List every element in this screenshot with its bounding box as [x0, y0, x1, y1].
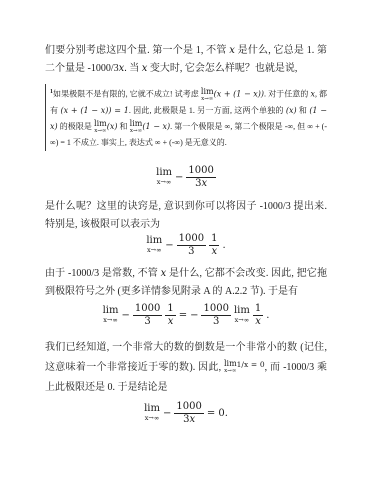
lim-label: lim [94, 120, 107, 128]
math-expression: (x + (1 − x)) = 1 [60, 106, 128, 115]
paragraph-1-text: . 当 [124, 63, 142, 74]
limit-operator: limx→∞ [146, 236, 162, 254]
numerator: 1 [209, 233, 219, 246]
display-formula-1: limx→∞ − 10003x [45, 161, 327, 193]
footnote-text: 和 [117, 122, 129, 131]
denominator: x [209, 246, 219, 258]
limit-operator: limx→∞ [234, 306, 250, 324]
numerator: 1000 [201, 303, 230, 316]
paragraph-1-text: 变大时, 它会怎么样呢？也就是说, [147, 63, 297, 74]
limit-operator: limx→∞ [201, 88, 214, 103]
denominator: 3x [174, 414, 203, 426]
fraction: 1x [165, 303, 175, 328]
fraction: 10003 [177, 233, 206, 258]
period: . [266, 310, 269, 321]
denominator: 3 [133, 316, 162, 328]
lim-label: lim [103, 306, 119, 316]
lim-label: lim [144, 404, 160, 414]
lim-subscript: x→∞ [103, 317, 118, 324]
lim-label: lim [130, 120, 143, 128]
display-formula-3: limx→∞ − 10003 1x = − 10003 limx→∞ 1x . [45, 299, 327, 331]
numerator: 1000 [186, 165, 215, 178]
denominator-variable: x [189, 414, 195, 425]
denominator: x [253, 316, 263, 328]
denominator-variable: x [202, 178, 208, 189]
minus-sign: − [121, 310, 129, 321]
display-formula-4: limx→∞ − 10003x = 0. [45, 397, 327, 429]
lim-subscript: x→∞ [235, 317, 250, 324]
lim-subscript: x→∞ [94, 129, 106, 135]
lim-label: lim [201, 88, 214, 96]
numerator: 1 [253, 303, 263, 316]
equals-zero: = 0. [207, 408, 228, 419]
paragraph-1: 们要分别考虑这四个量. 第一个是 1, 不管 x 是什么, 它总是 1. 第二个… [45, 42, 327, 78]
minus-sign: − [190, 310, 198, 321]
equals-sign: = [179, 310, 187, 321]
fraction: 10003 [201, 303, 230, 328]
footnote-text: 和 [297, 106, 310, 115]
paragraph-3: 由于 -1000/3 是常数, 不管 x 是什么, 它都不会改变. 因此, 把它… [45, 265, 327, 301]
book-page: 们要分别考虑这四个量. 第一个是 1, 不管 x 是什么, 它总是 1. 第二个… [0, 0, 370, 480]
numerator: 1000 [174, 401, 203, 414]
lim-label: lim [156, 168, 172, 178]
fraction: 1x [209, 233, 219, 258]
math-expression: (x + (1 − x)) [214, 90, 264, 99]
footnote-text: . 对于任意的 [264, 90, 310, 99]
denominator: 3x [186, 178, 215, 190]
period: . [222, 240, 225, 251]
footnote-text: . 因此, 此极限是 1. 另一方面, 这两个单独的 [129, 106, 286, 115]
numerator: 1 [165, 303, 175, 316]
denominator: 3 [201, 316, 230, 328]
footnote-text: 如果极限不是有限的, 它就不成立! 试考虑 [53, 90, 201, 99]
limit-operator: limx→∞ [130, 120, 143, 135]
denominator: 3 [177, 246, 206, 258]
paragraph-4: 我们已经知道, 一个非常大的数的倒数是一个非常小的数 (记住, 这意味着一个非常… [45, 338, 327, 398]
paragraph-2-text: 是什么呢？这里的诀窍是, 意识到你可以将因子 -1000/3 提出来. 特别是,… [45, 201, 327, 230]
fraction: 1x [253, 303, 263, 328]
minus-sign: − [165, 240, 173, 251]
footnote: 1如果极限不是有限的, 它就不成立! 试考虑 limx→∞(x + (1 − x… [45, 84, 327, 151]
lim-subscript: x→∞ [130, 129, 142, 135]
minus-sign: − [175, 172, 183, 183]
lim-label: lim [146, 236, 162, 246]
paragraph-3-text: 由于 -1000/3 是常数, 不管 [45, 268, 161, 279]
lim-label: lim [224, 360, 237, 368]
limit-operator: limx→∞ [224, 360, 237, 375]
fraction: 10003x [186, 165, 215, 190]
math-expression: (x) [107, 122, 118, 131]
numerator: 1000 [133, 303, 162, 316]
footnote-text: 的极限是 [58, 122, 94, 131]
display-formula-2: limx→∞ − 10003 1x . [45, 229, 327, 261]
limit-operator: limx→∞ [156, 168, 172, 186]
paragraph-1-text: 们要分别考虑这四个量. 第一个是 1, 不管 [45, 45, 229, 56]
lim-subscript: x→∞ [224, 369, 236, 375]
limit-operator: limx→∞ [103, 306, 119, 324]
minus-sign: − [163, 408, 171, 419]
math-expression: (x) [286, 106, 297, 115]
math-expression: 1/x = 0 [237, 360, 265, 369]
lim-subscript: x→∞ [145, 415, 160, 422]
limit-operator: limx→∞ [144, 404, 160, 422]
denominator: x [165, 316, 175, 328]
math-expression: (1 − x) [142, 122, 170, 131]
lim-subscript: x→∞ [201, 97, 213, 103]
lim-subscript: x→∞ [147, 247, 162, 254]
lim-subscript: x→∞ [157, 179, 172, 186]
numerator: 1000 [177, 233, 206, 246]
fraction: 10003x [174, 401, 203, 426]
fraction: 10003 [133, 303, 162, 328]
lim-label: lim [234, 306, 250, 316]
limit-operator: limx→∞ [94, 120, 107, 135]
